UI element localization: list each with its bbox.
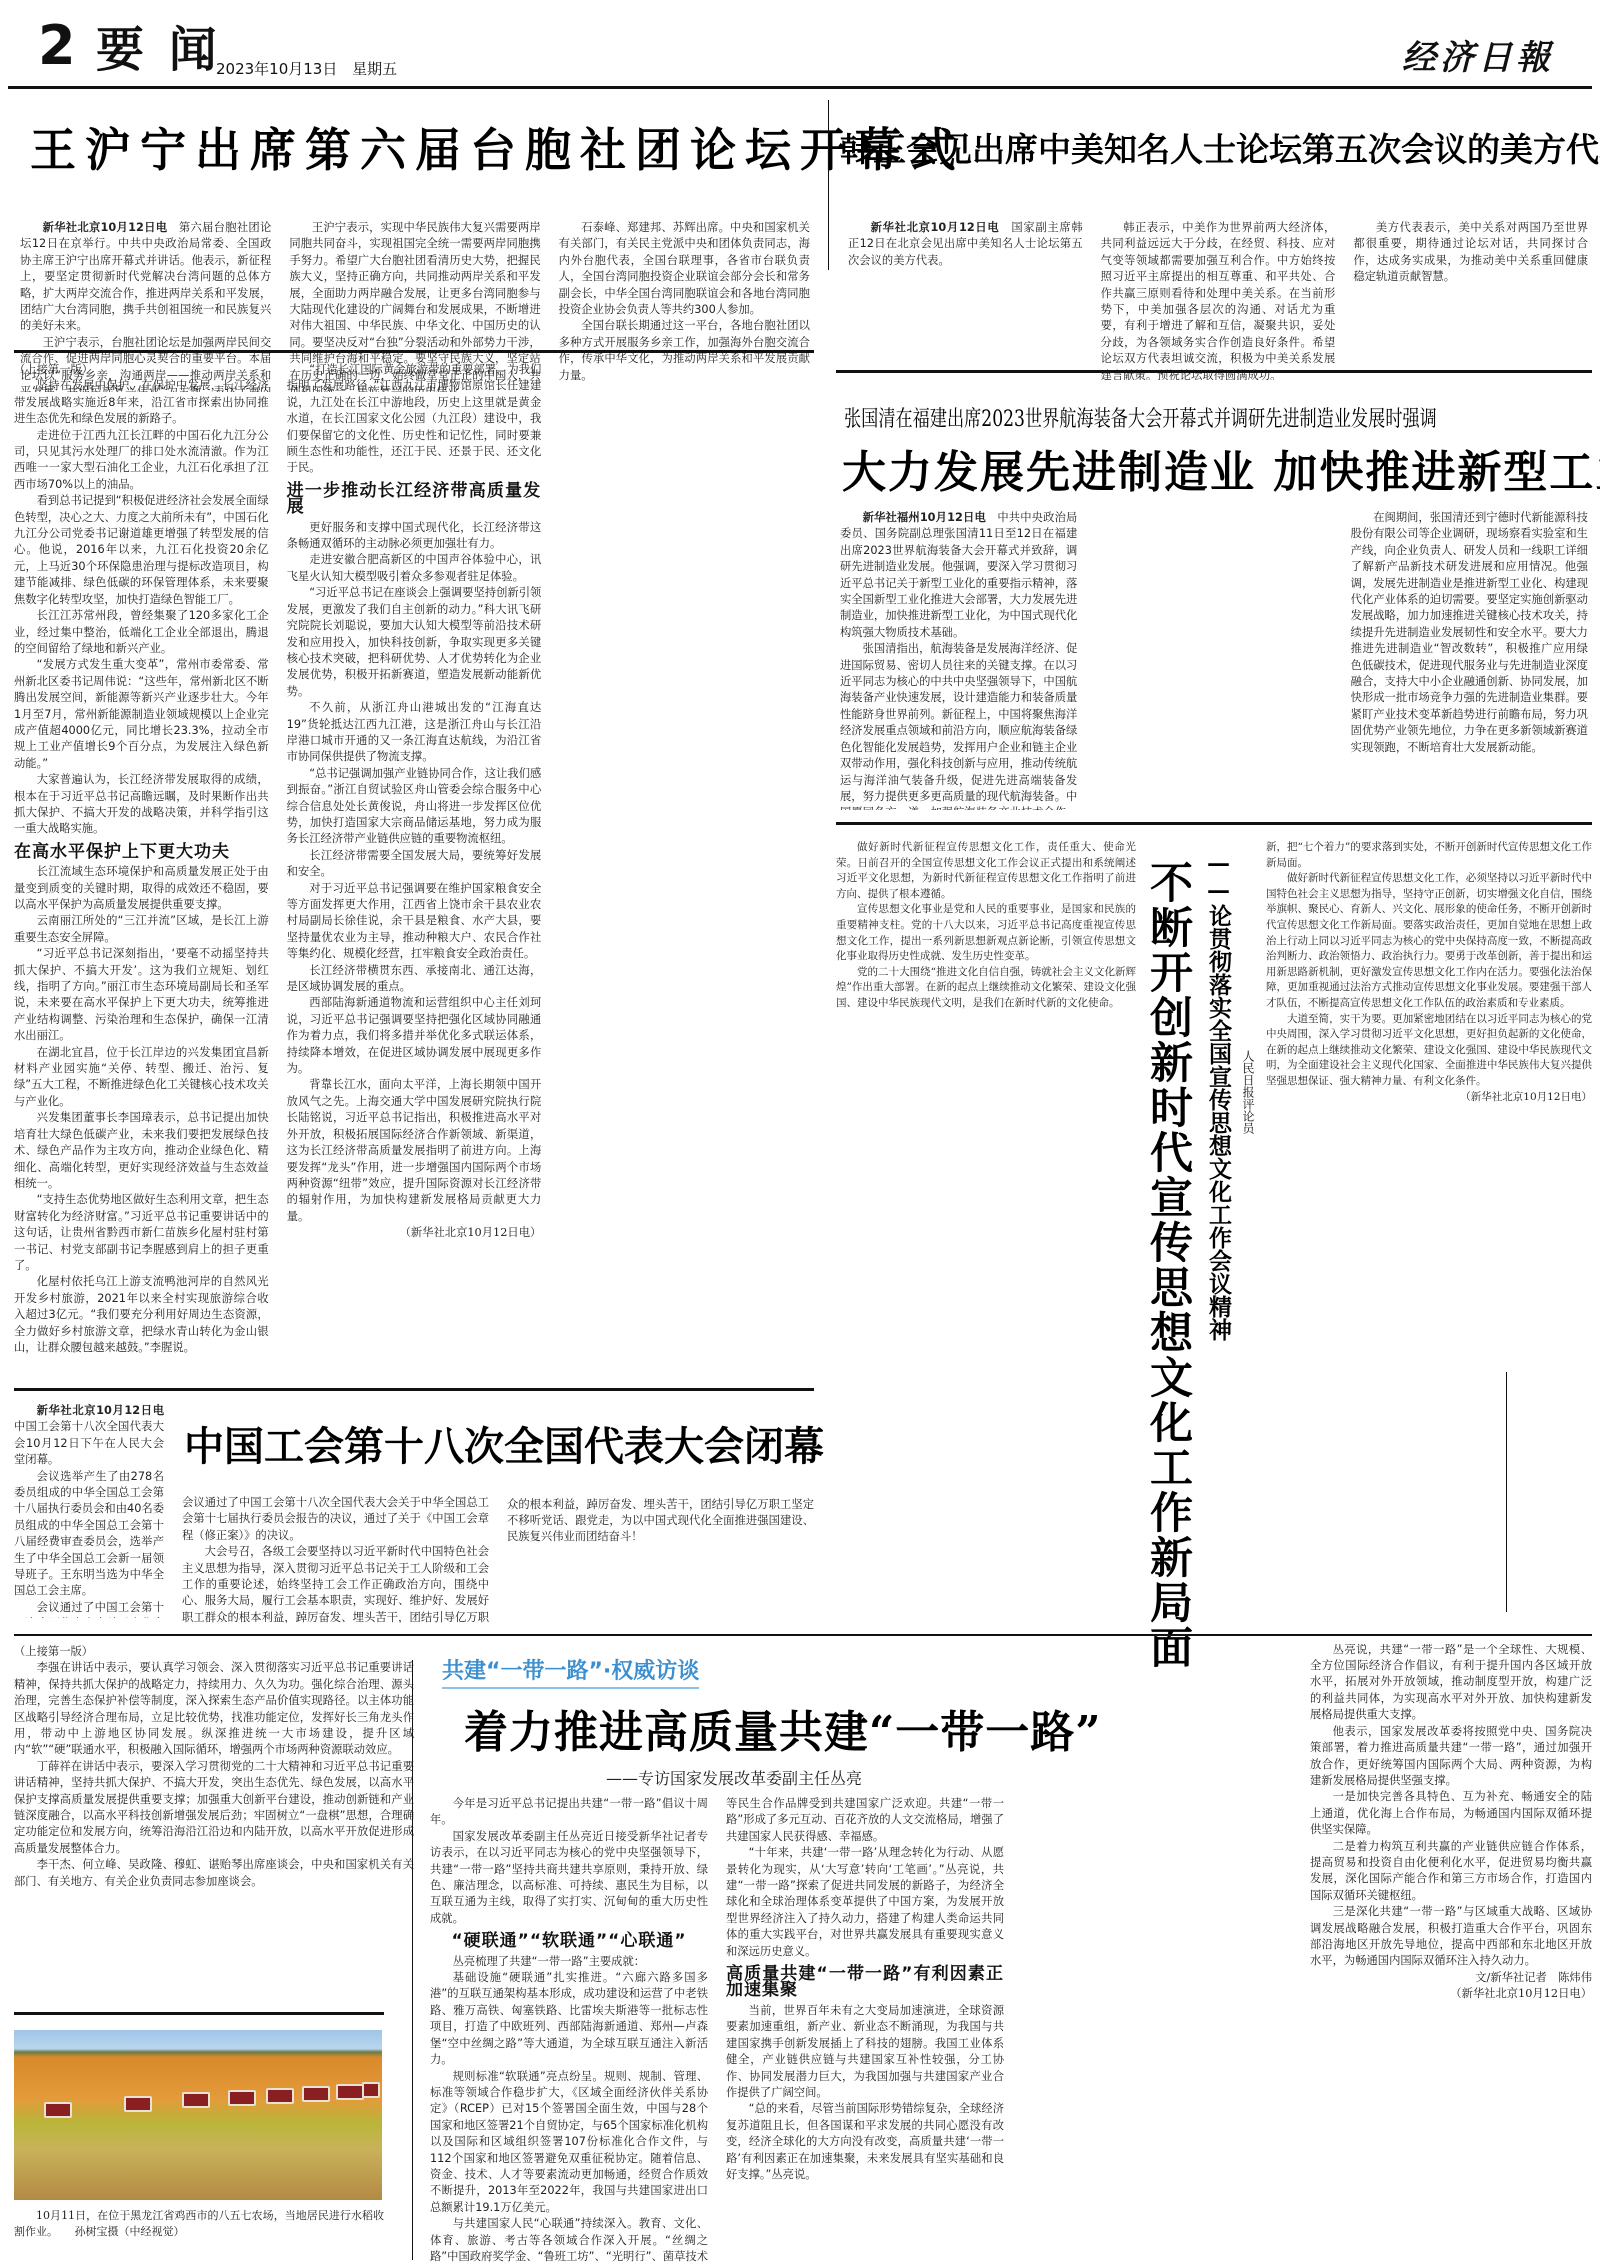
photo-block: 10月11日，在位于黑龙江省鸡西市的八五七农场，当地居民进行水稻收割作业。 孙树… <box>14 2030 384 2267</box>
section-name: 要 闻 <box>96 22 221 78</box>
article-zhang-guoqing: 张国清在福建出席2023世界航海装备大会开幕式并调研先进制造业发展时强调 大力发… <box>836 380 1592 820</box>
column-label: 共建“一带一路”·权威访谈 <box>442 1654 699 1689</box>
article-body: 新华社福州10月12日电 中共中央政治局委员、国务院副总理张国清11日至12日在… <box>840 510 1588 810</box>
article-continuation: （上接第一版） 李强在讲话中表示，要认真学习领会、深入贯彻落实习近平总书记重要讲… <box>14 1644 414 2004</box>
article-han-zheng: 韩正会见出席中美知名人士论坛第五次会议的美方代表 新华社北京10月12日电 国家… <box>840 100 1592 280</box>
article-trade-union: 新华社北京10月12日电 中国工会第十八次全国代表大会10月12日下午在人民大会… <box>14 1395 814 1625</box>
masthead: 2 要 闻 2023年10月13日 星期五 经济日報 <box>8 0 1592 90</box>
photo-caption: 10月11日，在位于黑龙江省鸡西市的八五七农场，当地居民进行水稻收割作业。 孙树… <box>14 2208 384 2240</box>
article-yangtze: （上接第一版） 坚持在发展中保护、在保护中发展，长江经济带发展战略实施近8年来，… <box>14 362 814 1362</box>
issue-date: 2023年10月13日 星期五 <box>216 58 397 79</box>
harvester-icon <box>44 2102 72 2118</box>
section-rule <box>14 2012 384 2015</box>
section-rule <box>836 370 1592 373</box>
harvester-icon <box>124 2096 152 2112</box>
subhead-further-promote: 进一步推动长江经济带高质量发展 <box>287 483 542 516</box>
article-body-right: “总的来看，尽管当前国际形势错综复杂，全球经济复苏道阻且长，但各国谋和平求发展的… <box>1310 1644 1592 2267</box>
section-rule <box>836 822 1592 825</box>
subheadline-belt-road: ——专访国家发展改革委副主任丛亮 <box>606 1766 862 1789</box>
headline-han-zheng: 韩正会见出席中美知名人士论坛第五次会议的美方代表 <box>840 124 1600 171</box>
weekday-text: 星期五 <box>352 60 397 78</box>
page-number: 2 <box>38 16 76 76</box>
masthead-rule <box>8 86 1592 89</box>
dateline: 新华社北京10月12日电 <box>871 221 1000 234</box>
date-text: 2023年10月13日 <box>216 60 337 78</box>
signoff: （新华社北京10月12日电） <box>287 1225 542 1241</box>
dateline: 新华社北京10月12日电 <box>43 221 168 234</box>
column-divider <box>1506 1372 1507 1612</box>
article-body-left: 做好新时代新征程宣传思想文化工作，责任重大、使命光荣。日前召开的全国宣传思想文化… <box>836 840 1136 1360</box>
article-commentary: 做好新时代新征程宣传思想文化工作，责任重大、使命光荣。日前召开的全国宣传思想文化… <box>836 830 1592 1370</box>
harvester-icon <box>266 2088 294 2104</box>
subhead-connectivity: “硬联通”“软联通”“心联通” <box>430 1933 708 1949</box>
harvester-icon <box>362 2082 380 2098</box>
headline-belt-road: 着力推进高质量共建“一带一路” <box>464 1696 1102 1760</box>
dateline: 新华社福州10月12日电 <box>863 511 986 524</box>
article-body-left: 新华社北京10月12日电 中国工会第十八次全国代表大会10月12日下午在人民大会… <box>14 1403 164 1618</box>
signoff: （新华社北京10月12日电） <box>1310 1986 1592 2002</box>
column-divider <box>828 100 829 270</box>
byline: 人民日报评论员 <box>1240 1050 1257 1134</box>
harvester-icon <box>228 2090 256 2106</box>
article-body-right: 会议通过了中国工会第十八次全国代表大会关于中华全国总工会第十七届执行委员会报告的… <box>182 1495 814 1623</box>
article-body: 新华社北京10月12日电 国家副主席韩正12日在北京会见出席中美知名人士论坛第五… <box>848 220 1588 380</box>
headline-commentary: 不断开创新时代宣传思想文化工作新局面 <box>1144 860 1192 1670</box>
article-body: （上接第一版） 李强在讲话中表示，要认真学习领会、深入贯彻落实习近平总书记重要讲… <box>14 1644 414 1999</box>
subhead-favorable-factors: 高质量共建“一带一路”有利因素正加速集聚 <box>726 1966 1004 1999</box>
harvester-icon <box>182 2092 210 2108</box>
harvester-icon <box>336 2084 364 2100</box>
article-belt-road: 共建“一带一路”·权威访谈 着力推进高质量共建“一带一路” ——专访国家发展改革… <box>430 1644 1592 2267</box>
jump-label: （上接第一版） <box>14 1644 414 1660</box>
photo-credit: 孙树宝摄（中经视觉） <box>75 2225 185 2238</box>
headline-trade-union: 中国工会第十八次全国代表大会闭幕 <box>184 1415 824 1472</box>
section-rule <box>14 1634 1592 1636</box>
subhead-high-protection: 在高水平保护上下更大功夫 <box>14 844 269 860</box>
headline-wang-huning: 王沪宁出席第六届台胞社团论坛开幕式 <box>30 114 965 180</box>
subheadline-commentary: ——论贯彻落实全国宣传思想文化工作会议精神 <box>1204 850 1232 1341</box>
headline-advanced-manufacturing: 大力发展先进制造业 加快推进新型工业化 <box>842 436 1600 500</box>
signoff: （新华社北京10月12日电） <box>1266 1090 1592 1106</box>
section-rule <box>14 1388 814 1391</box>
harvester-icon <box>302 2086 330 2102</box>
dateline: 新华社北京10月12日电 <box>37 1404 164 1417</box>
article-body-right: 新，把“七个着力”的要求落到实处，不断开创新时代宣传思想文化工作新局面。 做好新… <box>1266 840 1592 1360</box>
paper-logo: 经济日報 <box>1402 30 1554 79</box>
jump-label: （上接第一版） <box>14 362 269 378</box>
byline: 文/新华社记者 陈炜伟 <box>1310 1970 1592 1986</box>
article-wang-huning: 王沪宁出席第六届台胞社团论坛开幕式 新华社北京10月12日电 第六届台胞社团论坛… <box>20 100 810 280</box>
column-divider <box>412 1660 413 2260</box>
article-body: 今年是习近平总书记提出共建“一带一路”倡议十周年。 国家发展改革委副主任丛亮近日… <box>430 1796 1300 2266</box>
article-body: （上接第一版） 坚持在发展中保护、在保护中发展，长江经济带发展战略实施近8年来，… <box>14 362 814 1362</box>
section-rule <box>14 350 814 353</box>
harvest-photo <box>14 2030 382 2200</box>
kicker: 张国清在福建出席2023世界航海装备大会开幕式并调研先进制造业发展时强调 <box>844 402 1437 433</box>
